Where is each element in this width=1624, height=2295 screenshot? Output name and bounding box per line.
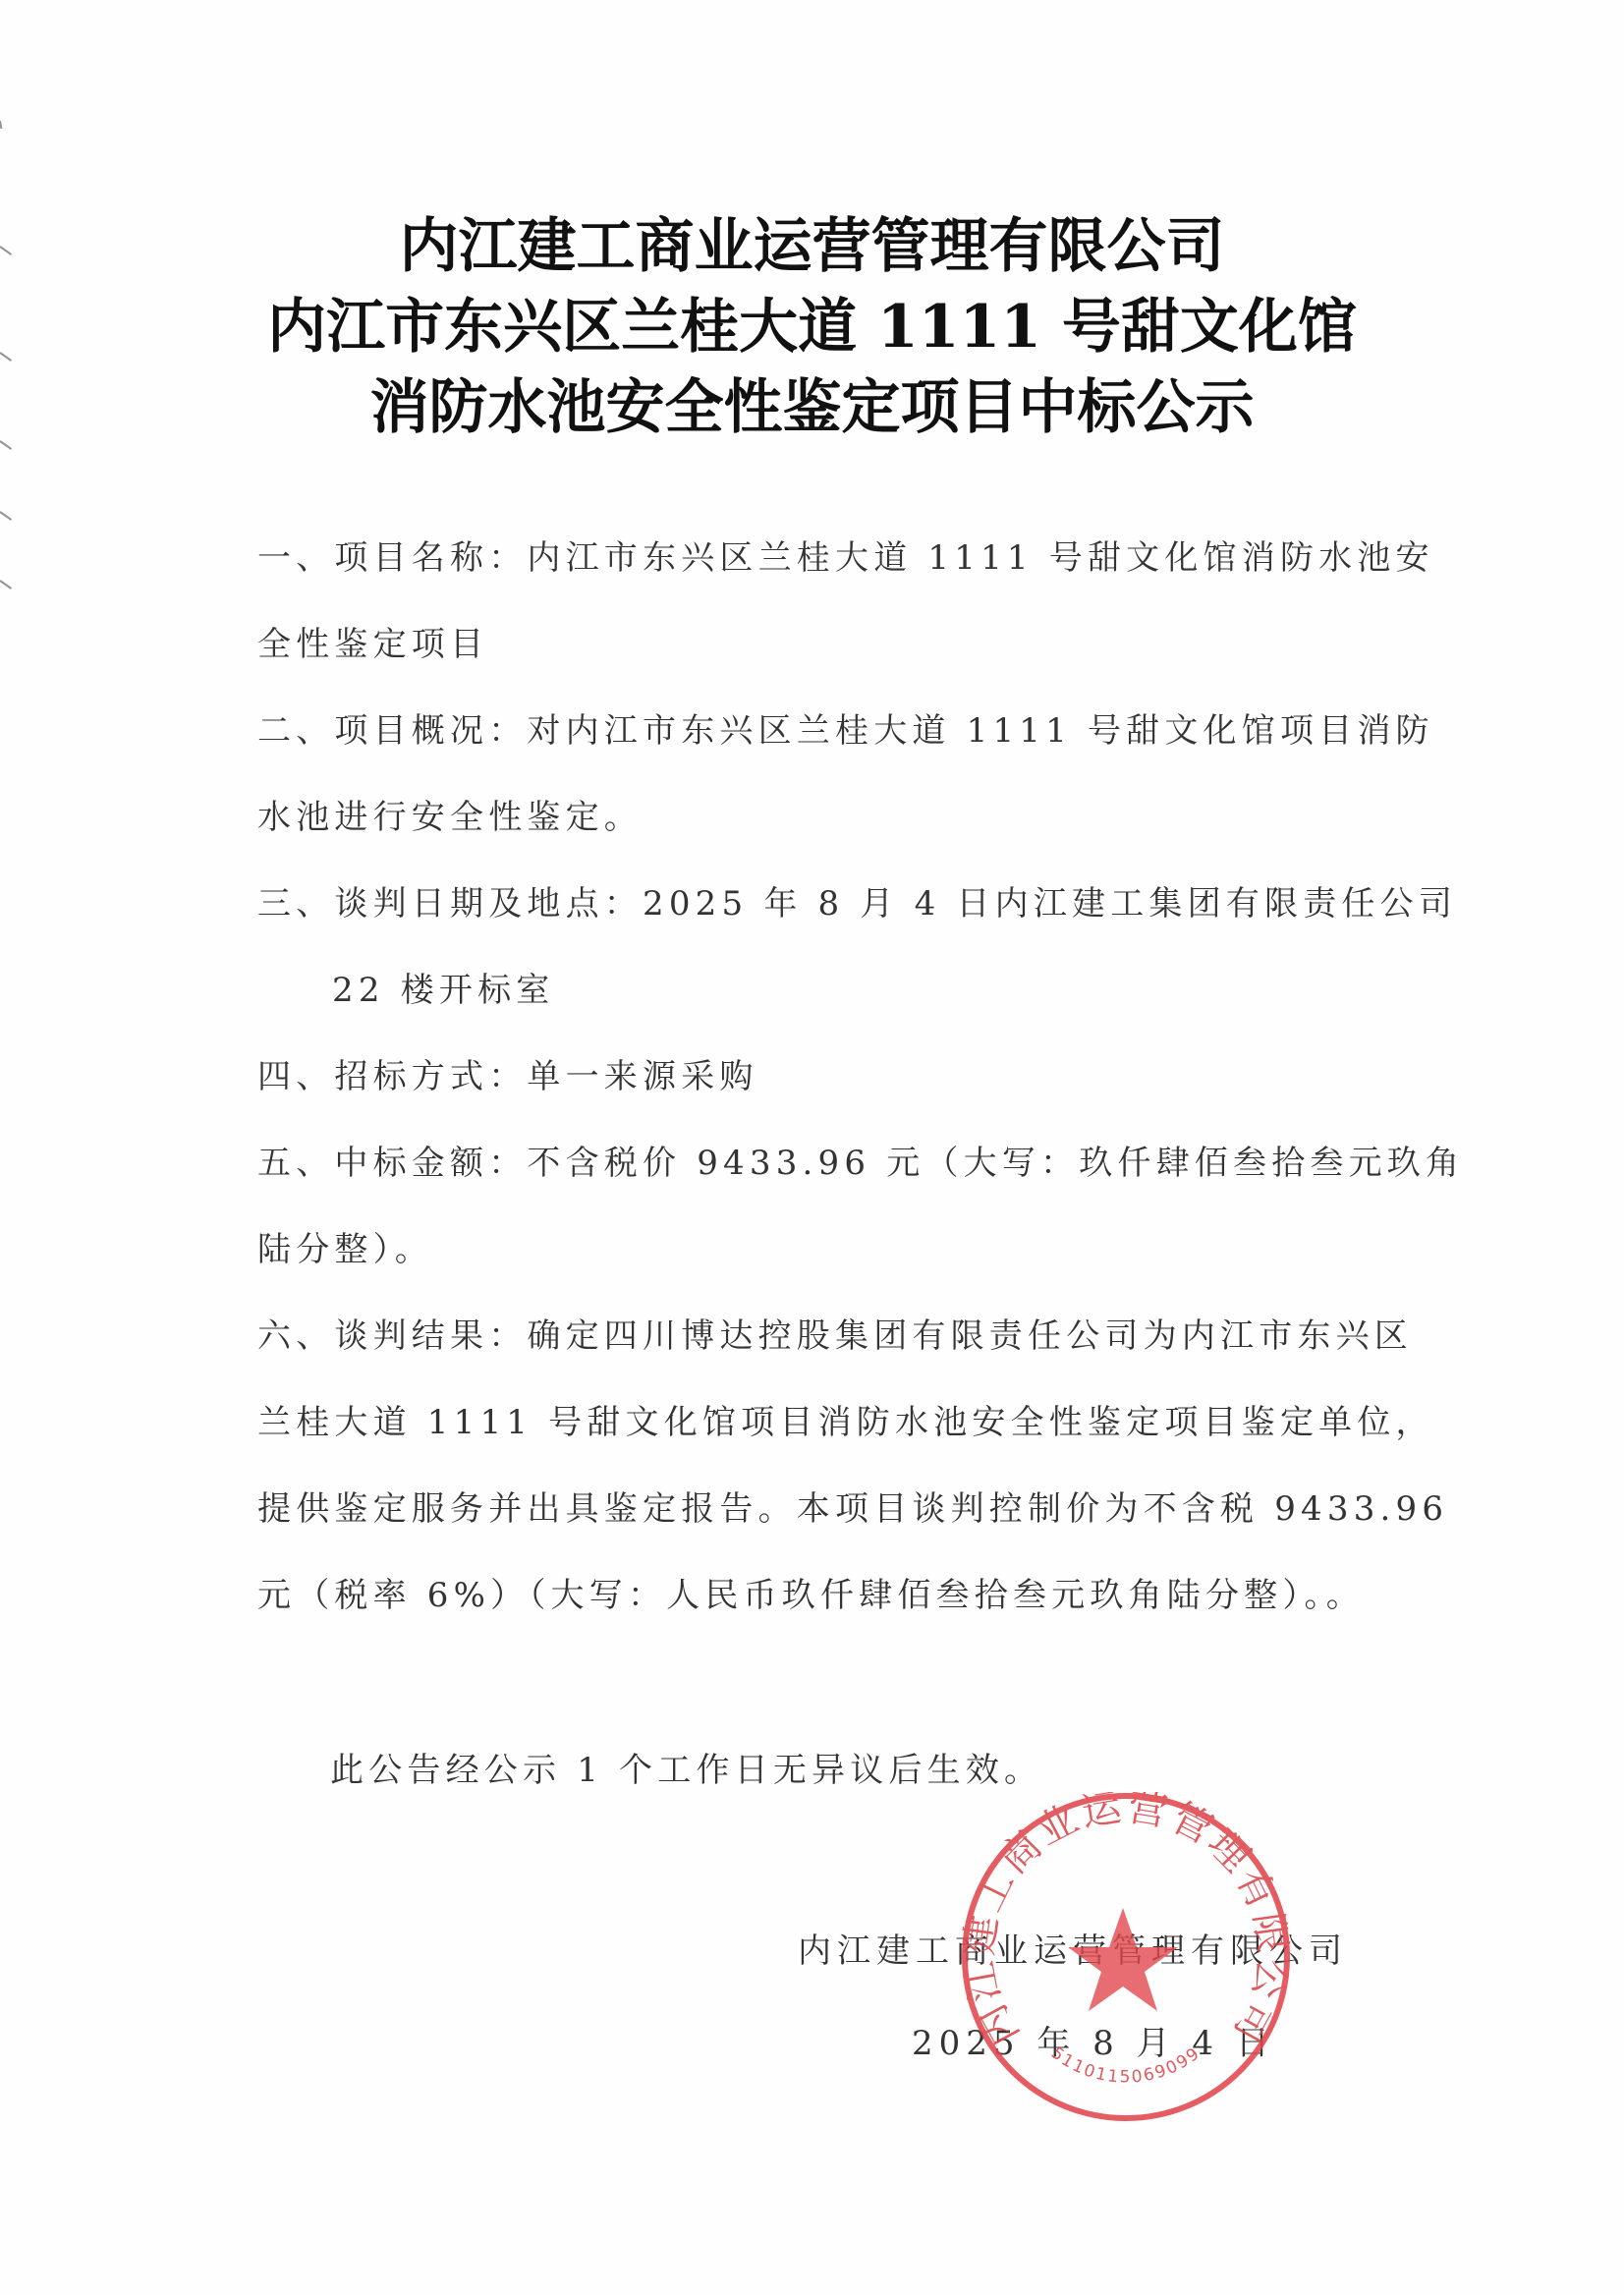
body-line: 水池进行安全性鉴定。 bbox=[257, 796, 643, 839]
body-line: 一、项目名称：内江市东兴区兰桂大道 1111 号甜文化馆消防水池安 bbox=[257, 536, 1434, 580]
body-line: 陆分整）。 bbox=[257, 1228, 433, 1271]
document-page: 内江建工商业运营管理有限公司 内江市东兴区兰桂大道 1111 号甜文化馆 消防水… bbox=[0, 0, 1624, 2295]
body-line: 元（税率 6%）（大写：人民币玖仟肆佰叁拾叁元玖角陆分整）。。 bbox=[257, 1574, 1365, 1617]
signature-date: 2025 年 8 月 4 日 bbox=[912, 2016, 1275, 2064]
title-line: 内江市东兴区兰桂大道 1111 号甜文化馆 bbox=[0, 287, 1624, 367]
body-line: 22 楼开标室 bbox=[332, 969, 554, 1012]
signature-company: 内江建工商业运营管理有限公司 bbox=[798, 1924, 1348, 1972]
body-line: 兰桂大道 1111 号甜文化馆项目消防水池安全性鉴定项目鉴定单位， bbox=[257, 1401, 1434, 1444]
scan-edge-mark bbox=[0, 121, 2, 129]
body-line: 二、项目概况：对内江市东兴区兰桂大道 1111 号甜文化馆项目消防 bbox=[257, 709, 1434, 753]
svg-text:内江建工商业运营管理有限公司: 内江建工商业运营管理有限公司 bbox=[959, 1792, 1293, 2053]
scan-edge-mark bbox=[0, 511, 12, 521]
document-title: 内江建工商业运营管理有限公司 内江市东兴区兰桂大道 1111 号甜文化馆 消防水… bbox=[0, 206, 1624, 448]
title-line: 内江建工商业运营管理有限公司 bbox=[0, 206, 1624, 287]
body-line: 四、招标方式：单一来源采购 bbox=[257, 1055, 758, 1098]
body-line: 全性鉴定项目 bbox=[257, 623, 488, 666]
title-line: 消防水池安全性鉴定项目中标公示 bbox=[0, 367, 1624, 448]
body-line: 提供鉴定服务并出具鉴定报告。本项目谈判控制价为不含税 9433.96 bbox=[257, 1487, 1448, 1531]
body-line: 三、谈判日期及地点：2025 年 8 月 4 日内江建工集团有限责任公司 bbox=[257, 882, 1457, 925]
scan-edge-mark bbox=[0, 580, 12, 589]
notice-text: 此公告经公示 1 个工作日无异议后生效。 bbox=[330, 1749, 1042, 1792]
body-line: 六、谈判结果：确定四川博达控股集团有限责任公司为内江市东兴区 bbox=[257, 1315, 1413, 1358]
body-line: 五、中标金额：不含税价 9433.96 元（大写：玖仟肆佰叁拾叁元玖角 bbox=[257, 1142, 1464, 1185]
